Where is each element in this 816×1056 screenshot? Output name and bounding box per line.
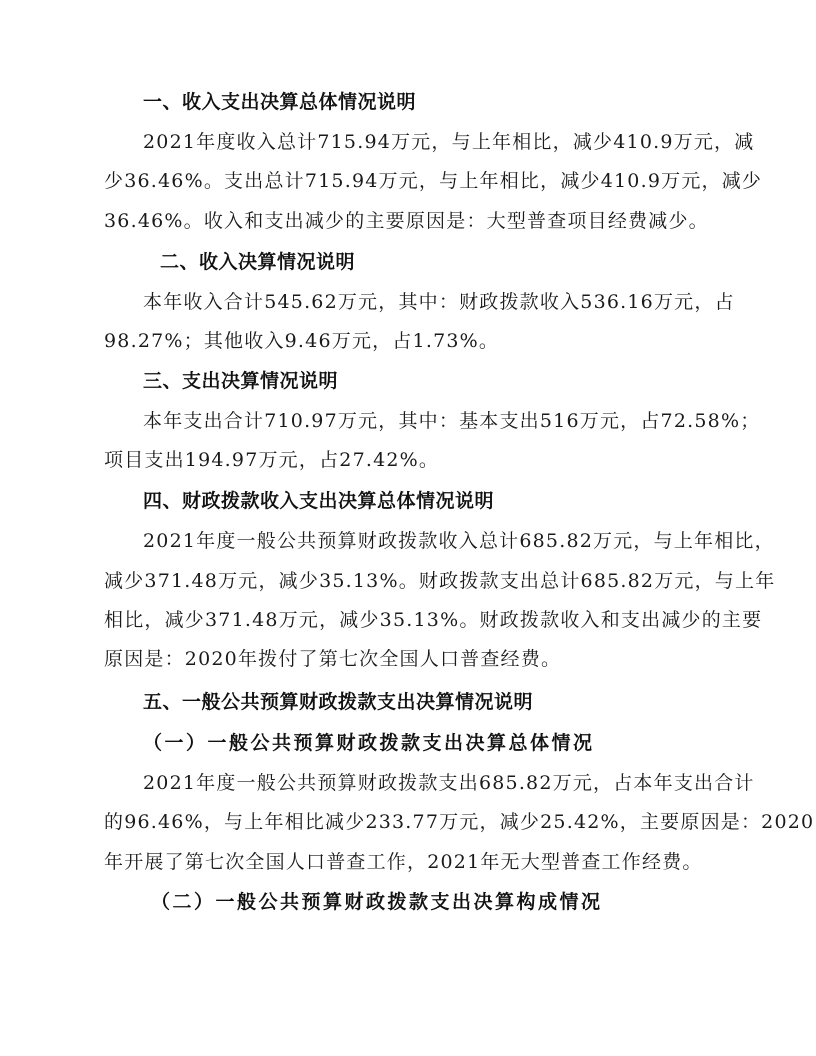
section-4-heading: 四、财政拨款收入支出决算总体情况说明 bbox=[143, 489, 494, 513]
subsection-5-1-line-2: 的96.46%，与上年相比减少233.77万元，减少25.42%，主要原因是：2… bbox=[104, 810, 814, 834]
section-1-line-3: 36.46%。收入和支出减少的主要原因是：大型普查项目经费减少。 bbox=[104, 209, 709, 233]
section-4-line-2: 减少371.48万元，减少35.13%。财政拨款支出总计685.82万元，与上年 bbox=[104, 569, 775, 593]
section-1-line-1: 2021年度收入总计715.94万元，与上年相比，减少410.9万元，减 bbox=[143, 130, 754, 154]
subsection-5-2-heading: （二）一般公共预算财政拨款支出决算构成情况 bbox=[151, 890, 603, 914]
section-1-line-2: 少36.46%。支出总计715.94万元，与上年相比，减少410.9万元，减少 bbox=[104, 169, 762, 193]
section-1-heading: 一、收入支出决算总体情况说明 bbox=[143, 90, 416, 114]
section-4-line-3: 相比，减少371.48万元，减少35.13%。财政拨款收入和支出减少的主要 bbox=[104, 608, 762, 632]
section-4-line-1: 2021年度一般公共预算财政拨款收入总计685.82万元，与上年相比， bbox=[143, 529, 775, 553]
document-page: 一、收入支出决算总体情况说明 2021年度收入总计715.94万元，与上年相比，… bbox=[0, 0, 816, 1056]
section-2-line-1: 本年收入合计545.62万元，其中：财政拨款收入536.16万元，占 bbox=[143, 290, 735, 314]
section-5-heading: 五、一般公共预算财政拨款支出决算情况说明 bbox=[143, 690, 533, 714]
section-2-line-2: 98.27%；其他收入9.46万元，占1.73%。 bbox=[104, 329, 499, 353]
subsection-5-1-line-1: 2021年度一般公共预算财政拨款支出685.82万元，占本年支出合计 bbox=[143, 771, 755, 795]
section-3-line-1: 本年支出合计710.97万元，其中：基本支出516万元，占72.58%； bbox=[143, 409, 760, 433]
section-3-heading: 三、支出决算情况说明 bbox=[143, 369, 338, 393]
section-3-line-2: 项目支出194.97万元，占27.42%。 bbox=[104, 448, 439, 472]
subsection-5-1-heading: （一）一般公共预算财政拨款支出决算总体情况 bbox=[143, 731, 595, 755]
subsection-5-1-line-3: 年开展了第七次全国人口普查工作，2021年无大型普查工作经费。 bbox=[104, 850, 703, 874]
section-4-line-4: 原因是：2020年拨付了第七次全国人口普查经费。 bbox=[104, 647, 561, 671]
section-2-heading: 二、收入决算情况说明 bbox=[160, 250, 355, 274]
